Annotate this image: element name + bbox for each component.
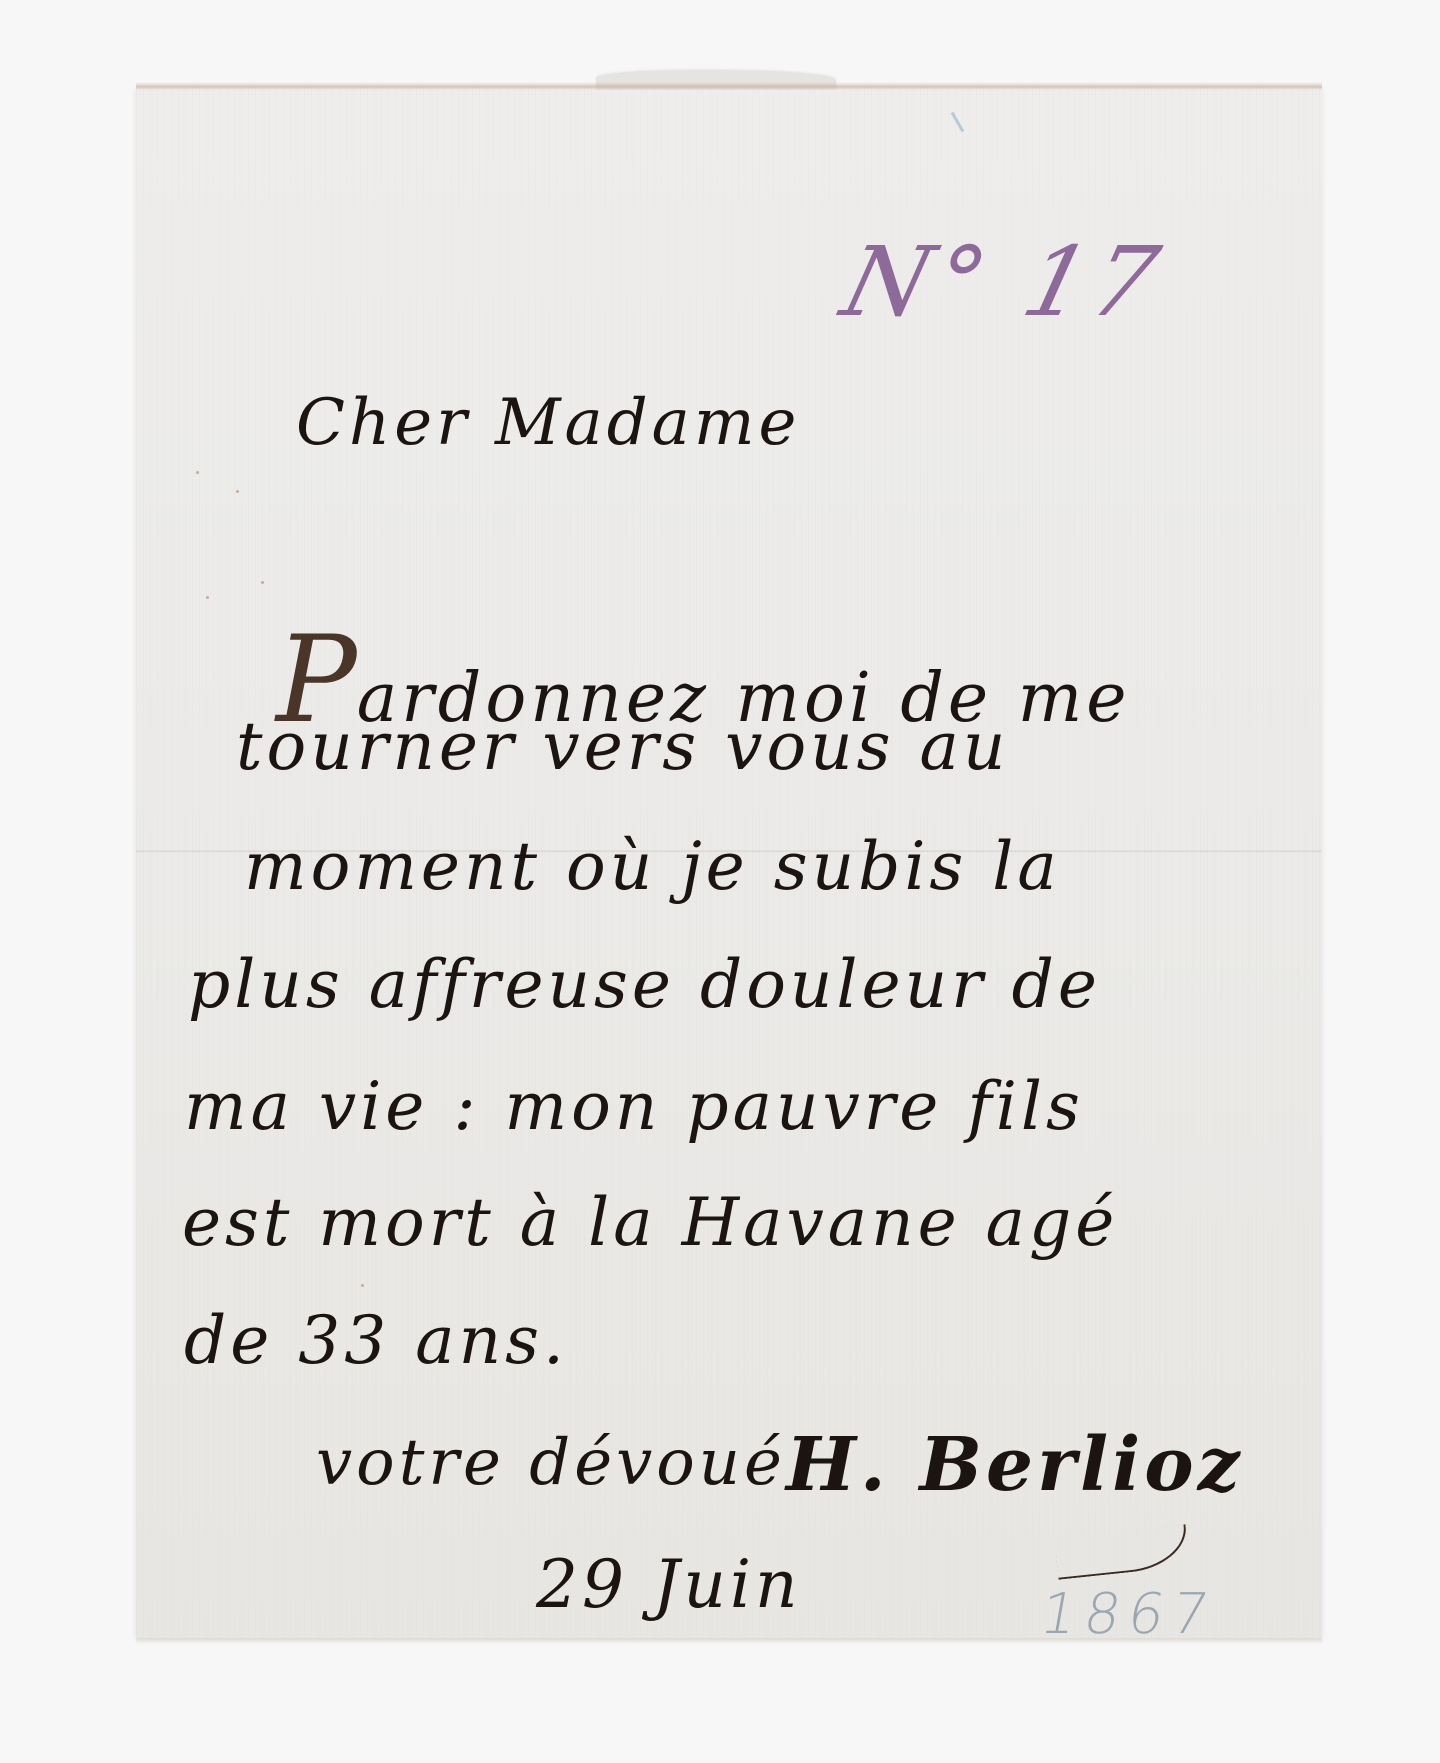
letter-line-5: ma vie : mon pauvre fils [184,1068,1084,1145]
pencil-year-annotation: 1867 [1035,1582,1221,1647]
paper-top-edge [136,82,1322,90]
foxing-speck [236,490,239,493]
letter-date: 29 Juin [536,1546,802,1623]
letter-line-7: de 33 ans. [184,1302,568,1379]
letter-closing: votre dévoué [316,1426,786,1500]
foxing-speck [261,581,264,584]
foxing-speck [206,596,209,599]
signature-flourish [1054,1524,1190,1580]
letter-line-6: est mort à la Havane agé [182,1184,1118,1261]
archive-number-mark: N° 17 [832,226,1175,338]
letter-salutation: Cher Madame [296,386,800,460]
foxing-speck [196,471,199,474]
letter-line-3: moment où je subis la [244,828,1061,905]
letter-sheet: N° 17 Cher Madame Pardonnez moi de me to… [136,86,1322,1638]
letter-signature: H. Berlioz [786,1422,1244,1508]
blue-ink-mark [951,112,965,133]
foxing-speck [361,1284,364,1287]
letter-line-4: plus affreuse douleur de [188,946,1101,1023]
letter-line-2: tourner vers vous au [236,708,1009,785]
